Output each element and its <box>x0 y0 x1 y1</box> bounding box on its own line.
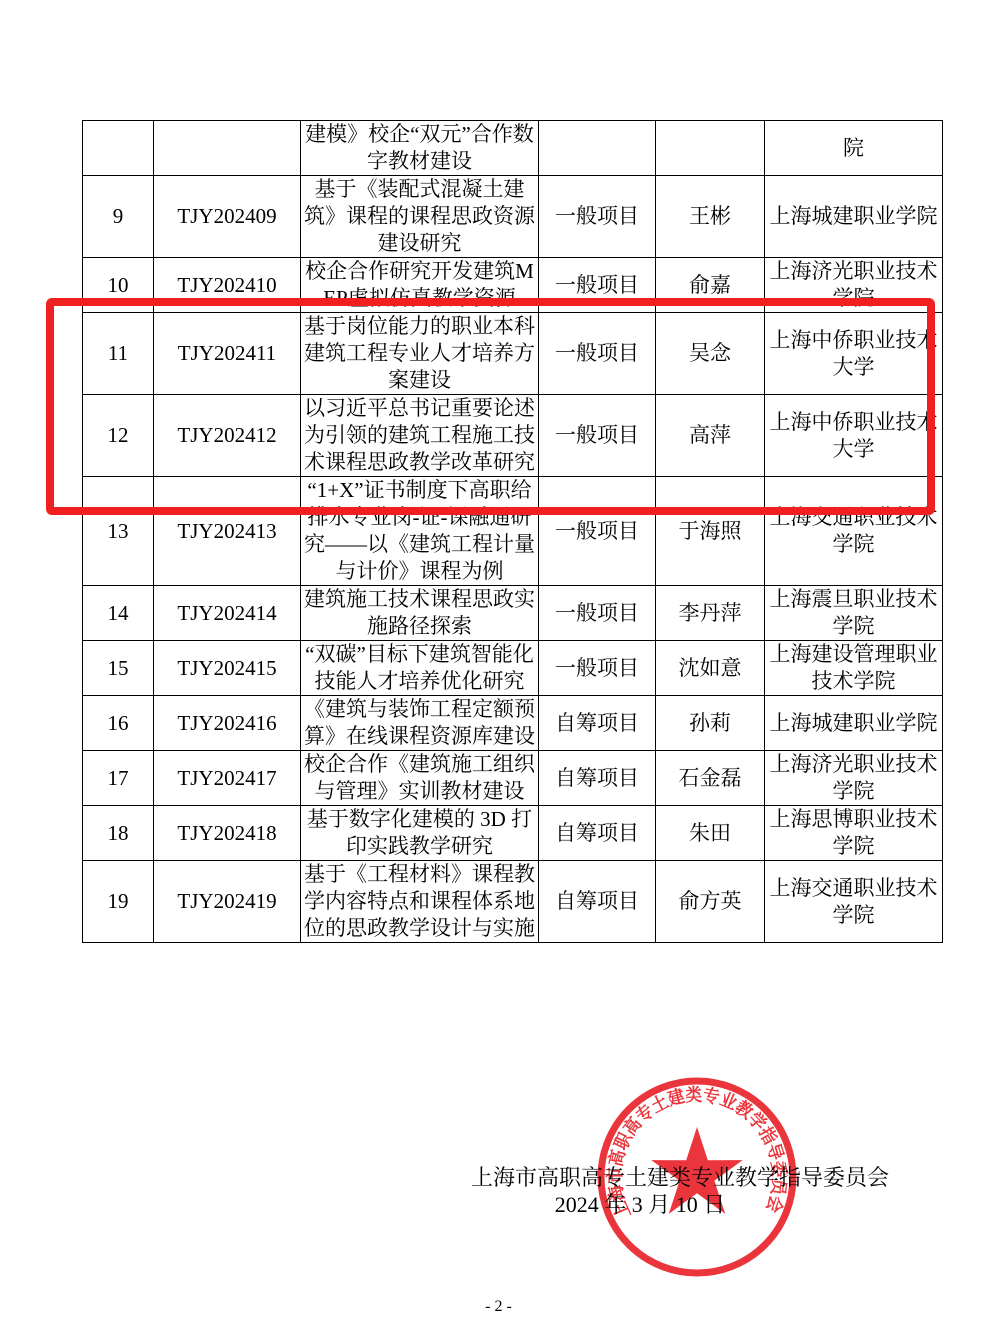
table-row: 建模》校企“双元”合作数字教材建设院 <box>83 121 943 176</box>
project-code: TJY202419 <box>154 861 301 943</box>
project-title: “1+X”证书制度下高职给排水专业岗-证-课融通研究——以《建筑工程计量与计价》… <box>301 477 539 586</box>
project-title: 校企合作《建筑施工组织与管理》实训教材建设 <box>301 751 539 806</box>
project-type: 一般项目 <box>539 258 656 313</box>
institution: 上海城建职业学院 <box>765 176 943 258</box>
project-leader: 高萍 <box>656 395 765 477</box>
row-number: 18 <box>83 806 154 861</box>
project-title: 基于岗位能力的职业本科建筑工程专业人才培养方案建设 <box>301 313 539 395</box>
project-type: 自筹项目 <box>539 696 656 751</box>
institution: 上海交通职业技术学院 <box>765 861 943 943</box>
project-leader <box>656 121 765 176</box>
row-number: 12 <box>83 395 154 477</box>
project-table-body: 建模》校企“双元”合作数字教材建设院9TJY202409基于《装配式混凝土建筑》… <box>83 121 943 943</box>
project-table: 建模》校企“双元”合作数字教材建设院9TJY202409基于《装配式混凝土建筑》… <box>82 120 943 943</box>
project-leader: 吴念 <box>656 313 765 395</box>
document-page: 建模》校企“双元”合作数字教材建设院9TJY202409基于《装配式混凝土建筑》… <box>0 0 997 1332</box>
institution: 上海建设管理职业技术学院 <box>765 641 943 696</box>
project-code: TJY202410 <box>154 258 301 313</box>
institution: 上海震旦职业技术学院 <box>765 586 943 641</box>
project-leader: 沈如意 <box>656 641 765 696</box>
project-type: 自筹项目 <box>539 751 656 806</box>
project-type: 一般项目 <box>539 641 656 696</box>
project-type: 自筹项目 <box>539 806 656 861</box>
project-leader: 李丹萍 <box>656 586 765 641</box>
table-row: 16TJY202416《建筑与装饰工程定额预算》在线课程资源库建设自筹项目孙莉上… <box>83 696 943 751</box>
project-title: 校企合作研究开发建筑MEP虚拟仿真教学资源 <box>301 258 539 313</box>
project-code <box>154 121 301 176</box>
table-row: 19TJY202419基于《工程材料》课程教学内容特点和课程体系地位的思政教学设… <box>83 861 943 943</box>
row-number: 11 <box>83 313 154 395</box>
project-code: TJY202418 <box>154 806 301 861</box>
table-row: 15TJY202415“双碳”目标下建筑智能化技能人才培养优化研究一般项目沈如意… <box>83 641 943 696</box>
project-title: 以习近平总书记重要论述为引领的建筑工程施工技术课程思政教学改革研究 <box>301 395 539 477</box>
signature-date: 2024 年 3 月 10 日 <box>340 1191 940 1218</box>
project-code: TJY202413 <box>154 477 301 586</box>
institution: 上海中侨职业技术大学 <box>765 395 943 477</box>
page-number: - 2 - <box>0 1298 997 1316</box>
project-type: 一般项目 <box>539 176 656 258</box>
project-title: 基于数字化建模的 3D 打印实践教学研究 <box>301 806 539 861</box>
project-type: 一般项目 <box>539 313 656 395</box>
table-row: 17TJY202417校企合作《建筑施工组织与管理》实训教材建设自筹项目石金磊上… <box>83 751 943 806</box>
project-title: 《建筑与装饰工程定额预算》在线课程资源库建设 <box>301 696 539 751</box>
project-leader: 俞方英 <box>656 861 765 943</box>
institution: 上海济光职业技术学院 <box>765 258 943 313</box>
institution: 院 <box>765 121 943 176</box>
table-row: 18TJY202418基于数字化建模的 3D 打印实践教学研究自筹项目朱田上海思… <box>83 806 943 861</box>
row-number: 16 <box>83 696 154 751</box>
table-row: 10TJY202410校企合作研究开发建筑MEP虚拟仿真教学资源一般项目俞嘉上海… <box>83 258 943 313</box>
institution: 上海交通职业技术学院 <box>765 477 943 586</box>
project-type: 自筹项目 <box>539 861 656 943</box>
row-number <box>83 121 154 176</box>
project-leader: 俞嘉 <box>656 258 765 313</box>
project-leader: 石金磊 <box>656 751 765 806</box>
row-number: 9 <box>83 176 154 258</box>
project-type: 一般项目 <box>539 586 656 641</box>
table-row: 12TJY202412以习近平总书记重要论述为引领的建筑工程施工技术课程思政教学… <box>83 395 943 477</box>
project-code: TJY202414 <box>154 586 301 641</box>
project-type <box>539 121 656 176</box>
project-leader: 朱田 <box>656 806 765 861</box>
project-leader: 于海照 <box>656 477 765 586</box>
institution: 上海城建职业学院 <box>765 696 943 751</box>
table-row: 11TJY202411基于岗位能力的职业本科建筑工程专业人才培养方案建设一般项目… <box>83 313 943 395</box>
table-row: 13TJY202413“1+X”证书制度下高职给排水专业岗-证-课融通研究——以… <box>83 477 943 586</box>
row-number: 13 <box>83 477 154 586</box>
project-code: TJY202411 <box>154 313 301 395</box>
row-number: 19 <box>83 861 154 943</box>
project-code: TJY202409 <box>154 176 301 258</box>
project-title: 基于《工程材料》课程教学内容特点和课程体系地位的思政教学设计与实施 <box>301 861 539 943</box>
institution: 上海思博职业技术学院 <box>765 806 943 861</box>
project-leader: 王彬 <box>656 176 765 258</box>
project-code: TJY202412 <box>154 395 301 477</box>
project-code: TJY202417 <box>154 751 301 806</box>
row-number: 10 <box>83 258 154 313</box>
project-type: 一般项目 <box>539 395 656 477</box>
row-number: 17 <box>83 751 154 806</box>
project-type: 一般项目 <box>539 477 656 586</box>
row-number: 15 <box>83 641 154 696</box>
project-leader: 孙莉 <box>656 696 765 751</box>
project-code: TJY202416 <box>154 696 301 751</box>
table-row: 9TJY202409基于《装配式混凝土建筑》课程的课程思政资源建设研究一般项目王… <box>83 176 943 258</box>
institution: 上海中侨职业技术大学 <box>765 313 943 395</box>
signature-committee: 上海市高职高专土建类专业教学指导委员会 <box>380 1164 980 1191</box>
row-number: 14 <box>83 586 154 641</box>
project-title: 基于《装配式混凝土建筑》课程的课程思政资源建设研究 <box>301 176 539 258</box>
project-code: TJY202415 <box>154 641 301 696</box>
project-title: 建筑施工技术课程思政实施路径探索 <box>301 586 539 641</box>
table-row: 14TJY202414建筑施工技术课程思政实施路径探索一般项目李丹萍上海震旦职业… <box>83 586 943 641</box>
project-title: 建模》校企“双元”合作数字教材建设 <box>301 121 539 176</box>
institution: 上海济光职业技术学院 <box>765 751 943 806</box>
project-title: “双碳”目标下建筑智能化技能人才培养优化研究 <box>301 641 539 696</box>
